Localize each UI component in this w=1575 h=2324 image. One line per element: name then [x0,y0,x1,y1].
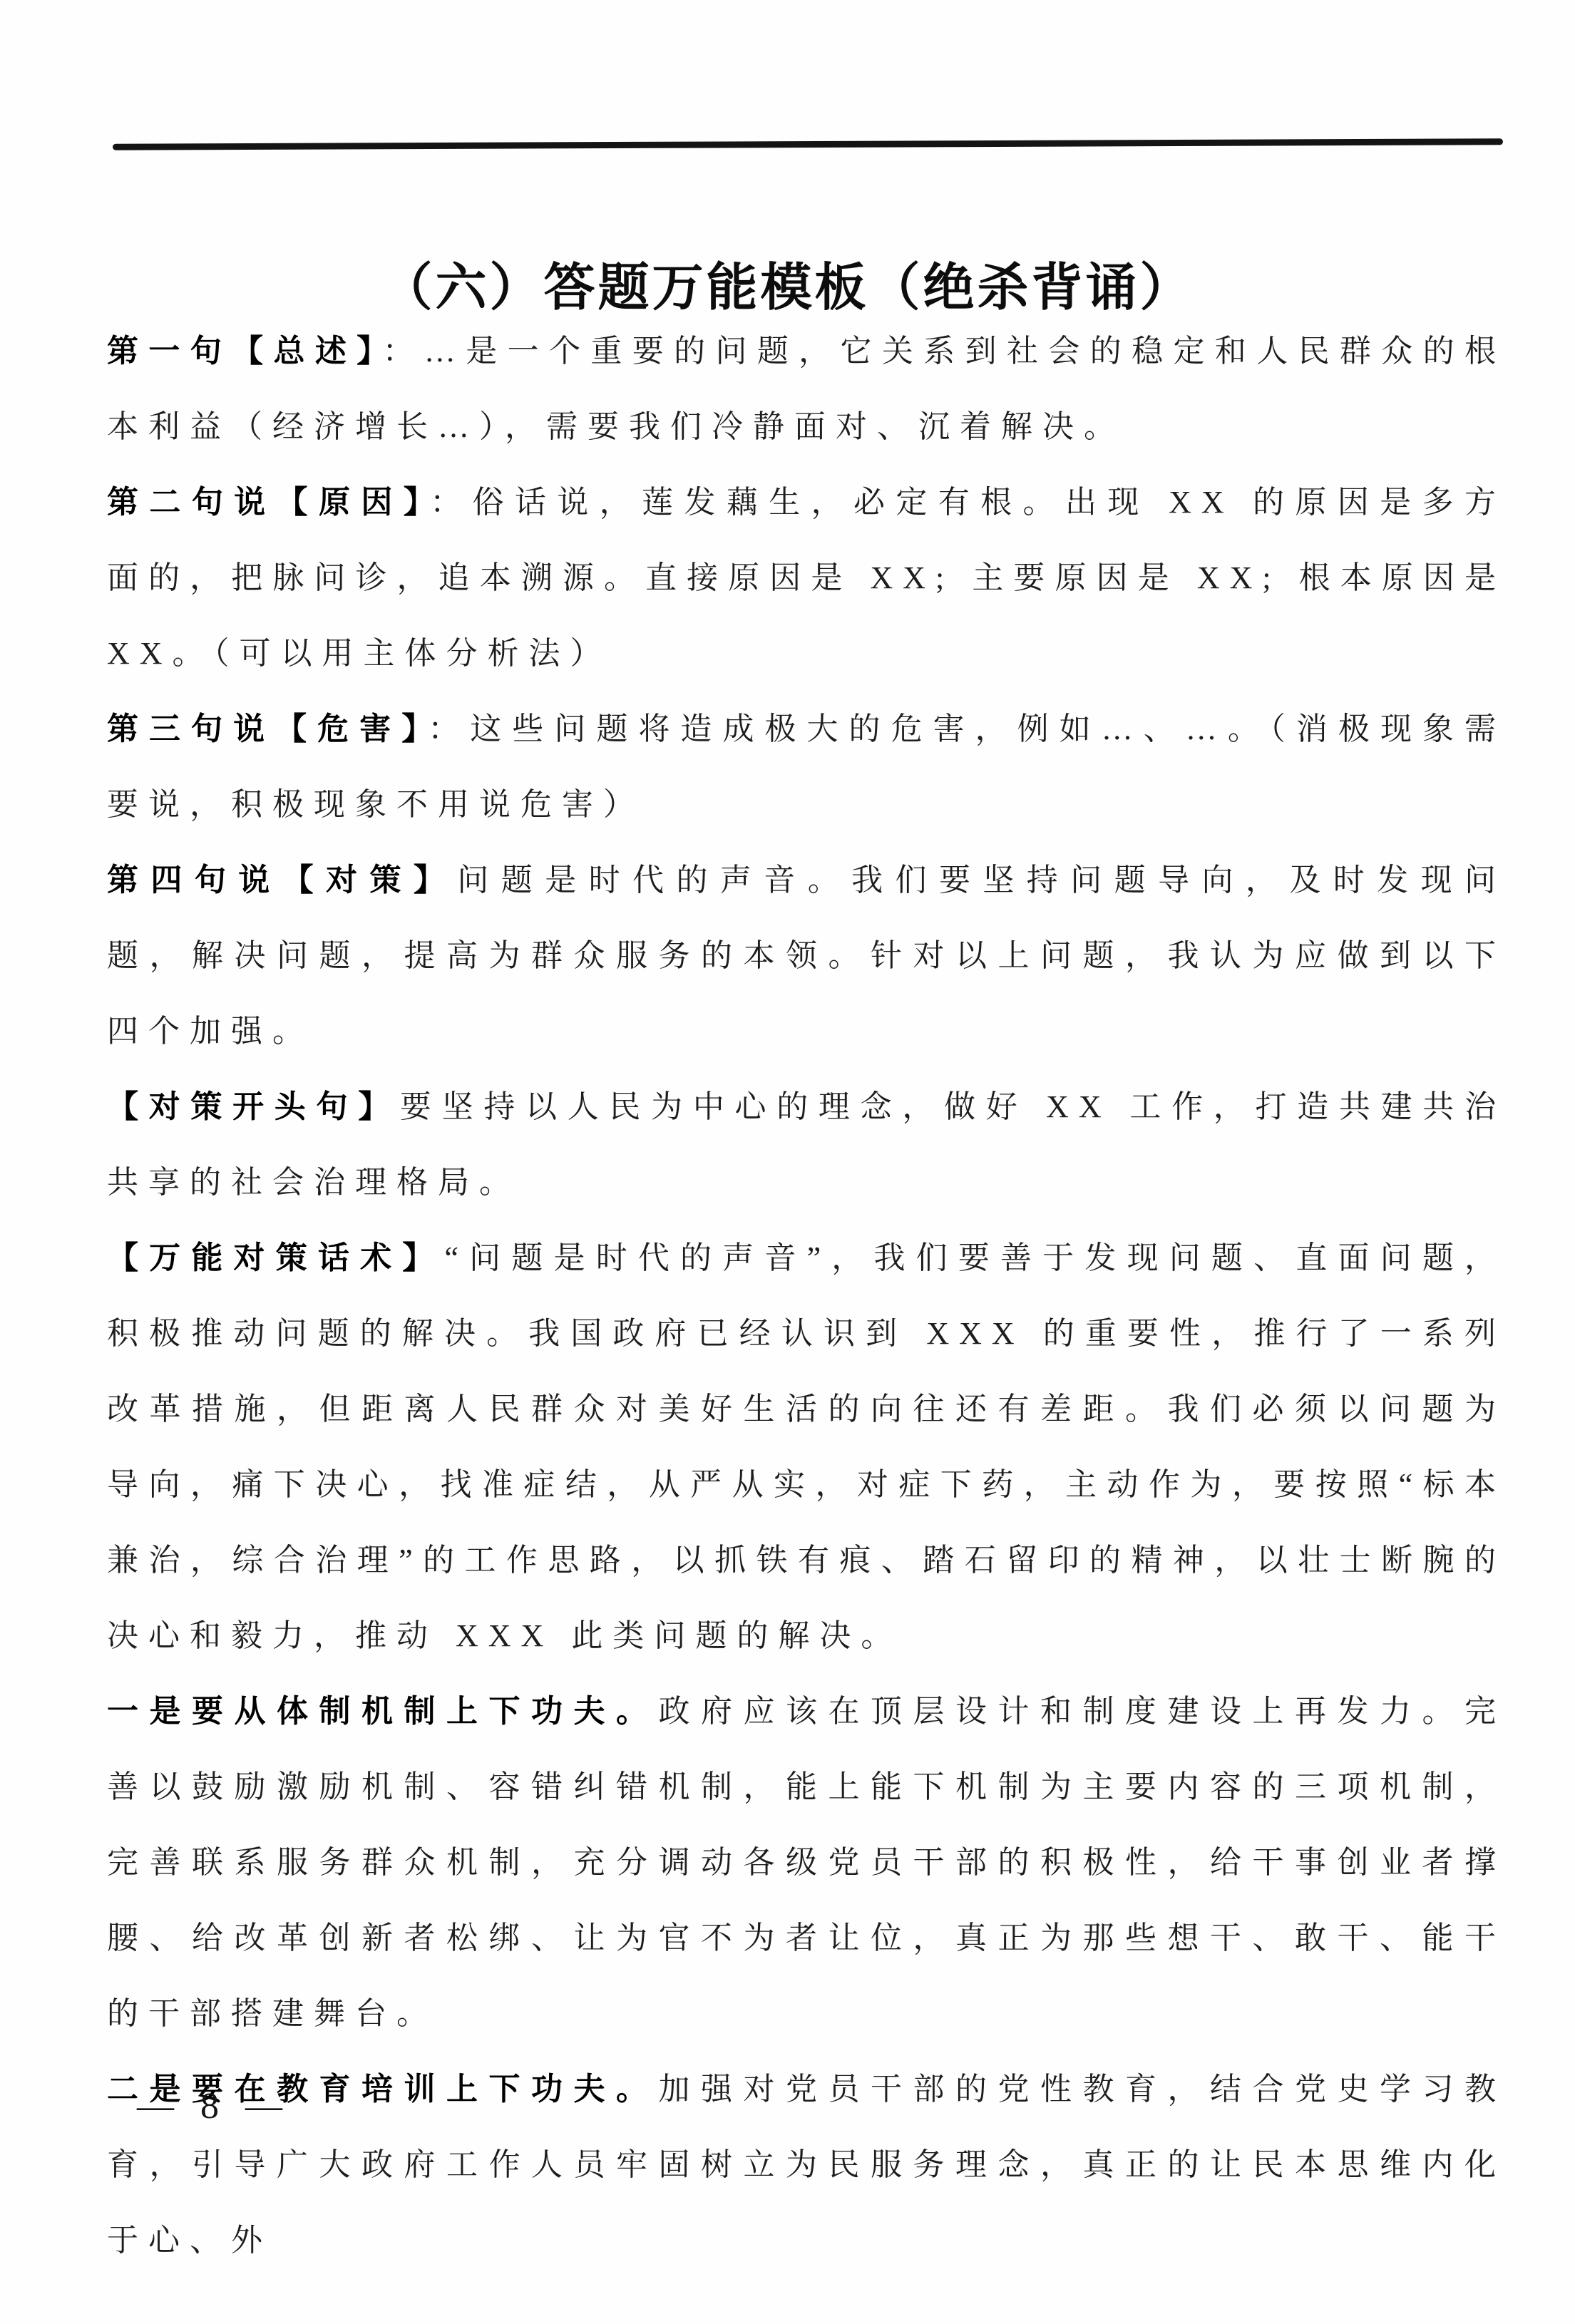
paragraph-lead: 【万能对策话术】 [107,1240,444,1275]
paragraph-text: “问题是时代的声音”，我们要善于发现问题、直面问题，积极推动问题的解决。我国政府… [107,1240,1506,1653]
paragraph: 第三句说【危害】：这些问题将造成极大的危害，例如…、…。（消极现象需要说，积极现… [107,691,1506,843]
paragraph: 第四句说【对策】问题是时代的声音。我们要坚持问题导向，及时发现问题，解决问题，提… [107,843,1506,1069]
paragraph: 第二句说【原因】：俗话说，莲发藕生，必定有根。出现 XX 的原因是多方面的，把脉… [107,465,1506,691]
page-number: — 8 — [137,2085,291,2127]
page-title: （六）答题万能模板（绝杀背诵） [0,246,1575,320]
paragraph-lead: 第一句【总述】 [107,334,383,369]
paragraph: 【万能对策话术】“问题是时代的声音”，我们要善于发现问题、直面问题，积极推动问题… [107,1220,1506,1674]
paragraph: 二是要在教育培训上下功夫。加强对党员干部的党性教育，结合党史学习教育，引导广大政… [107,2052,1506,2278]
paragraph-lead: 一是要从体制机制上下功夫。 [107,1694,659,1729]
header-rule [113,138,1503,150]
paragraph-text: 政府应该在顶层设计和制度建设上再发力。完善以鼓励激励机制、容错纠错机制，能上能下… [107,1694,1506,2031]
document-page: （六）答题万能模板（绝杀背诵） 第一句【总述】：…是一个重要的问题，它关系到社会… [0,0,1575,2324]
paragraph-lead: 第三句说【危害】 [107,711,428,746]
paragraph: 第一句【总述】：…是一个重要的问题，它关系到社会的稳定和人民群众的根本利益（经济… [107,314,1506,465]
paragraph-lead: 【对策开头句】 [107,1089,400,1124]
document-body: 第一句【总述】：…是一个重要的问题，它关系到社会的稳定和人民群众的根本利益（经济… [107,314,1506,2278]
paragraph-lead: 第二句说【原因】 [107,485,430,520]
paragraph: 一是要从体制机制上下功夫。政府应该在顶层设计和制度建设上再发力。完善以鼓励激励机… [107,1674,1506,2052]
paragraph-lead: 第四句说【对策】 [107,863,457,898]
paragraph: 【对策开头句】要坚持以人民为中心的理念，做好 XX 工作，打造共建共治共享的社会… [107,1069,1506,1220]
